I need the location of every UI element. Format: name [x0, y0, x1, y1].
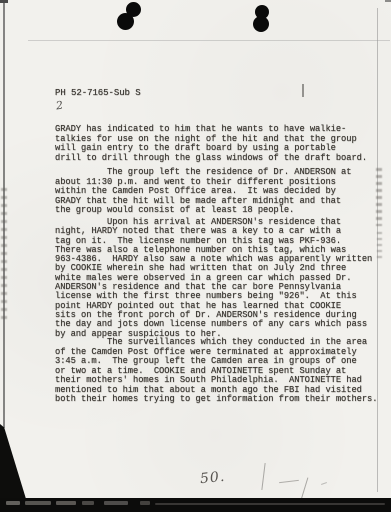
paragraph-1: GRADY has indicated to him that he wants…	[55, 125, 367, 164]
margin-scribble-left	[1, 188, 7, 320]
footer-smudge	[56, 501, 76, 505]
pencil-stroke-squiggle	[279, 480, 299, 484]
pencil-stroke-small	[321, 482, 327, 485]
handwritten-page-number: 50.	[199, 469, 226, 488]
footer-streak	[155, 503, 385, 505]
pencil-tick-mark	[302, 84, 304, 97]
handwritten-serial-number: 2	[55, 99, 64, 113]
scan-corner-mark-top-right	[385, 0, 391, 2]
footer-smudge	[25, 501, 51, 505]
scanned-document-page: PH 52-7165-Sub S 2 GRADY has indicated t…	[0, 0, 391, 512]
margin-scribble-right-upper	[376, 168, 382, 226]
film-footer-bar	[0, 498, 391, 512]
paragraph-4: The surveillances which they conducted i…	[55, 338, 377, 405]
hole-punch-dot	[117, 13, 134, 30]
footer-smudge	[104, 501, 128, 505]
footer-smudge	[140, 501, 150, 505]
footer-smudge	[6, 501, 20, 505]
paragraph-3: Upon his arrival at ANDERSON's residence…	[55, 218, 372, 339]
pencil-stroke-vertical	[261, 463, 265, 490]
margin-scribble-right-lower	[377, 232, 382, 262]
scan-top-edge-line	[28, 40, 390, 41]
paragraph-2: The group left the residence of Dr. ANDE…	[55, 168, 351, 216]
footer-smudge	[82, 501, 94, 505]
file-number: PH 52-7165-Sub S	[55, 88, 141, 98]
hole-punch-dot	[253, 16, 269, 32]
scan-corner-mark-top-left	[0, 0, 8, 3]
